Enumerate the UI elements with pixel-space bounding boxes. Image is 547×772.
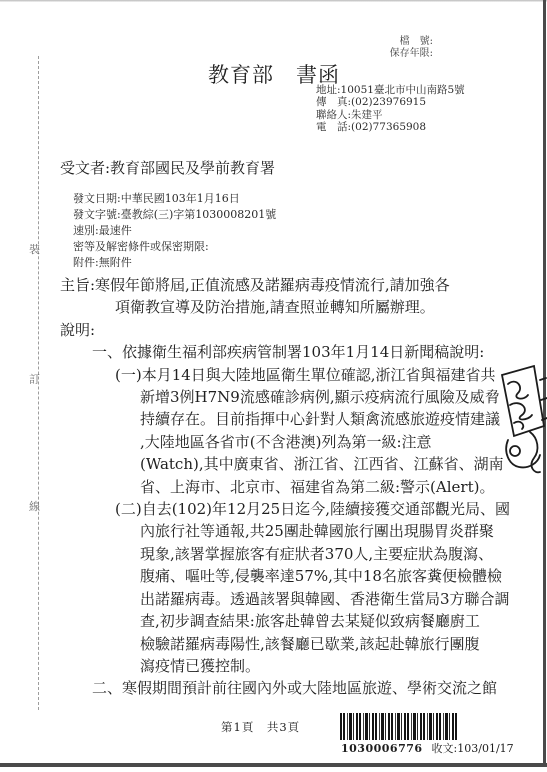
- subject-line: 主旨:寒假年節將屆,正值流感及諾羅病毒疫情流行,請加強各: [60, 274, 510, 296]
- letter-body: 主旨:寒假年節將屆,正值流感及諾羅病毒疫情流行,請加強各 項衛教宣導及防治措施,…: [60, 274, 510, 700]
- page-number: 第1頁 共3頁: [221, 719, 300, 735]
- explanation-heading: 說明:: [60, 319, 510, 341]
- received-date: 收文:103/01/17: [432, 742, 514, 755]
- attachments: 附件:無附件: [73, 255, 276, 271]
- receipt-stamp-icon: [493, 360, 547, 485]
- body-line: 新增3例H7N9流感確診病例,顯示疫病流行風險及威脅: [60, 386, 510, 408]
- page-top-edge: [0, 0, 547, 2]
- security-classification: 密等及解密條件或保密期限:: [73, 239, 276, 255]
- explanation-item-1-2: (二)自去(102)年12月25日迄今,陸續接獲交通部觀光局、國: [60, 498, 510, 520]
- body-line: 出諾羅病毒。透過該署與韓國、香港衛生當局3方聯合調: [60, 588, 510, 610]
- recipient-line: 受文者:教育部國民及學前教育署: [60, 157, 275, 178]
- body-line: 內旅行社等通報,共25團赴韓國旅行團出現腸胃炎群聚: [60, 520, 510, 542]
- staple-mark: 訂: [29, 371, 40, 387]
- subject-line-cont: 項衛教宣導及防治措施,請查照並轉知所屬辦理。: [60, 296, 510, 318]
- body-line: 持續存在。目前指揮中心針對人類禽流感旅遊疫情建議: [60, 408, 510, 430]
- agency-address: 地址:10051臺北市中山南路5號: [316, 84, 465, 96]
- body-line: ,大陸地區各省市(不含港澳)列為第一級:注意: [60, 431, 510, 453]
- agency-fax: 傳 真:(02)23976915: [316, 96, 465, 108]
- explanation-item-1-1: (一)本月14日與大陸地區衛生單位確認,浙江省與福建省共: [60, 364, 510, 386]
- barcode: [340, 713, 458, 740]
- agency-contact-block: 地址:10051臺北市中山南路5號 傳 真:(02)23976915 聯絡人:朱…: [316, 84, 465, 134]
- agency-phone: 電 話:(02)77365908: [316, 121, 465, 133]
- file-number-block: 檔 號: 保存年限:: [360, 36, 433, 59]
- body-line: 腹痛、嘔吐等,侵襲率達57%,其中18名旅客糞便檢體檢: [60, 565, 510, 587]
- explanation-item-1: 一、依據衛生福利部疾病管制署103年1月14日新聞稿說明:: [60, 341, 510, 363]
- agency-contact-person: 聯絡人:朱建平: [316, 109, 465, 121]
- body-line: (Watch),其中廣東省、浙江省、江西省、江蘇省、湖南: [60, 453, 510, 475]
- barcode-caption: 1030006776收文:103/01/17: [341, 740, 514, 756]
- priority-level: 速別:最速件: [73, 223, 276, 239]
- body-line: 省、上海市、北京市、福建省為第二級:警示(Alert)。: [60, 476, 510, 498]
- dispatch-number: 發文字號:臺教綜(三)字第1030008201號: [73, 207, 276, 223]
- body-line: 瀉疫情已獲控制。: [60, 655, 510, 677]
- body-line: 查,初步調查結果:旅客赴韓曾去某疑似致病餐廳廚工: [60, 610, 510, 632]
- barcode-number: 1030006776: [341, 742, 423, 755]
- dispatch-date: 發文日期:中華民國103年1月16日: [73, 191, 276, 207]
- retention-period-label: 保存年限:: [360, 48, 433, 60]
- official-letter-page: 檔 號: 保存年限: 教育部 書函 地址:10051臺北市中山南路5號 傳 真:…: [0, 0, 547, 772]
- file-number-label: 檔 號:: [360, 36, 433, 48]
- explanation-item-2: 二、寒假期間預計前往國內外或大陸地區旅遊、學術交流之館: [60, 677, 510, 699]
- thread-mark: 線: [29, 498, 40, 514]
- binding-mark: 裝: [29, 241, 40, 257]
- body-line: 檢驗諾羅病毒陽性,該餐廳已歇業,該起赴韓旅行團腹: [60, 633, 510, 655]
- body-line: 現象,該署掌握旅客有症狀者370人,主要症狀為腹瀉、: [60, 543, 510, 565]
- dispatch-meta-block: 發文日期:中華民國103年1月16日 發文字號:臺教綜(三)字第10300082…: [73, 191, 276, 271]
- page-bottom-edge: [0, 763, 547, 767]
